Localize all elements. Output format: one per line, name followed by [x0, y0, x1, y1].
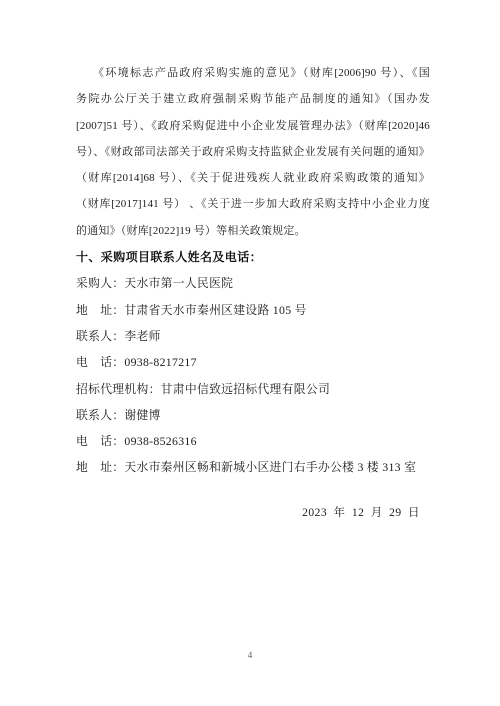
contact-section: 采购人：天水市第一人民医院 地 址：甘肃省天水市秦州区建设路 105 号 联系人… — [76, 270, 430, 480]
policy-paragraph: 《环境标志产品政府采购实施的意见》（财库[2006]90 号）、《国 务院办公厅… — [76, 60, 430, 244]
contact-line-agency: 招标代理机构：甘肃中信致远招标代理有限公司 — [76, 376, 430, 402]
contact-line-purchaser-address: 地 址：甘肃省天水市秦州区建设路 105 号 — [76, 297, 430, 323]
contact-line-purchaser: 采购人：天水市第一人民医院 — [76, 270, 430, 296]
paragraph-line: [2007]51 号）、《政府采购促进中小企业发展管理办法》（财库[2020]4… — [76, 113, 430, 139]
paragraph-line: 号）、《财政部司法部关于政府采购支持监狱企业发展有关问题的通知》 — [76, 139, 430, 165]
document-page: 《环境标志产品政府采购实施的意见》（财库[2006]90 号）、《国 务院办公厅… — [0, 0, 500, 706]
paragraph-line: （财库[2017]141 号） 、《关于进一步加大政府采购支持中小企业力度 — [76, 191, 430, 217]
contact-line-agency-phone: 电 话：0938-8526316 — [76, 428, 430, 454]
contact-line-agency-address: 地 址：天水市秦州区畅和新城小区进门右手办公楼 3 楼 313 室 — [76, 454, 430, 480]
paragraph-line: 的通知》（财库[2022]19 号）等相关政策规定。 — [76, 218, 430, 244]
section-heading: 十、采购项目联系人姓名及电话： — [76, 244, 430, 270]
contact-line-purchaser-phone: 电 话：0938-8217217 — [76, 349, 430, 375]
paragraph-line: 务院办公厅关于建立政府强制采购节能产品制度的通知》（国办发 — [76, 86, 430, 112]
page-number: 4 — [0, 649, 500, 661]
paragraph-line: （财库[2014]68 号）、《关于促进残疾人就业政府采购政策的通知》 — [76, 165, 430, 191]
paragraph-line: 《环境标志产品政府采购实施的意见》（财库[2006]90 号）、《国 — [76, 60, 430, 86]
contact-line-agency-person: 联系人：谢健博 — [76, 402, 430, 428]
contact-line-purchaser-person: 联系人：李老师 — [76, 323, 430, 349]
date-line: 2023 年 12 月 29 日 — [76, 500, 430, 526]
